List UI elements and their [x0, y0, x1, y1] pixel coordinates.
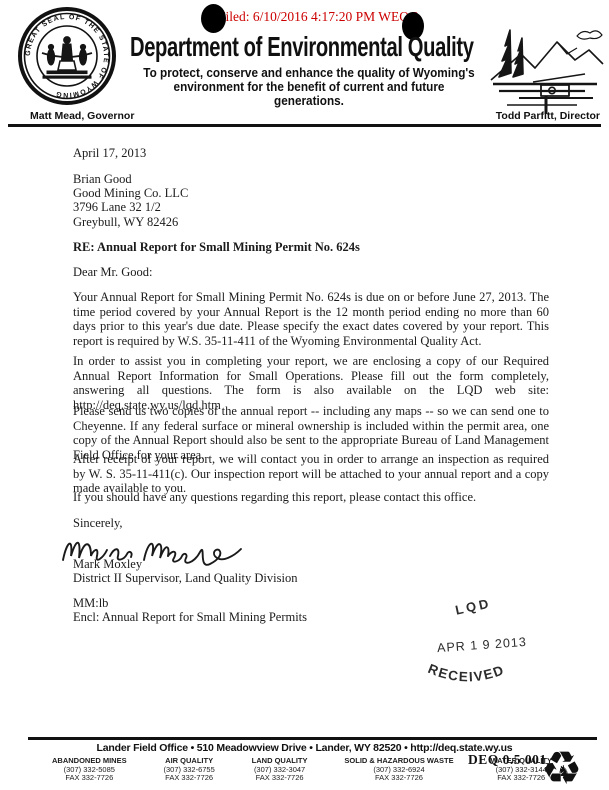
footer-divider — [28, 737, 597, 740]
signer-title: District II Supervisor, Land Quality Div… — [73, 571, 549, 586]
bates-number-stamp: DEQ 0.5 001 — [468, 752, 547, 768]
dept-fax: FAX 332-7726 — [252, 774, 308, 783]
recycle-horse-logo: ♻ ♞ — [541, 750, 589, 790]
wyoming-state-seal-icon: GREAT SEAL OF THE STATE OF WYOMING — [16, 5, 118, 107]
mountain-scene-illustration — [489, 24, 605, 118]
received-date-stamp: APR 1 9 2013 — [437, 635, 528, 655]
recipient-city: Greybull, WY 82426 — [73, 215, 549, 229]
subject-line: RE: Annual Report for Small Mining Permi… — [73, 240, 549, 255]
bucking-horse-icon: ♞ — [557, 762, 570, 781]
director-name: Todd Parfitt, Director — [496, 110, 600, 122]
dept-abandoned-mines: ABANDONED MINES (307) 332-5085 FAX 332-7… — [52, 757, 127, 783]
tagline-line-1: To protect, conserve and enhance the qua… — [139, 66, 479, 80]
agency-tagline: To protect, conserve and enhance the qua… — [139, 66, 479, 108]
tagline-line-2: environment for the benefit of current a… — [139, 80, 479, 108]
dept-fax: FAX 332-7726 — [52, 774, 127, 783]
dept-fax: FAX 332-7726 — [163, 774, 214, 783]
dept-land-quality: LAND QUALITY (307) 332-3047 FAX 332-7726 — [252, 757, 308, 783]
recipient-street: 3796 Lane 32 1/2 — [73, 200, 549, 214]
dept-fax: FAX 332-7726 — [344, 774, 453, 783]
recipient-name: Brian Good — [73, 172, 549, 186]
filed-stamp: Filed: 6/10/2016 4:17:20 PM WEQC — [218, 9, 418, 25]
dept-solid-hazardous-waste: SOLID & HAZARDOUS WASTE (307) 332-6924 F… — [344, 757, 453, 783]
received-stamp-text: RECEIVED — [426, 661, 507, 684]
paragraph-5: If you should have any questions regardi… — [73, 490, 549, 505]
dept-air-quality: AIR QUALITY (307) 332-6755 FAX 332-7726 — [163, 757, 214, 783]
paragraph-1: Your Annual Report for Small Mining Perm… — [73, 290, 549, 348]
governor-name: Matt Mead, Governor — [30, 110, 134, 122]
svg-text:RECEIVED: RECEIVED — [426, 661, 507, 684]
signer-name: Mark Moxley — [73, 557, 549, 572]
hole-punch-mark-left — [201, 4, 226, 33]
recipient-company: Good Mining Co. LLC — [73, 186, 549, 200]
salutation: Dear Mr. Good: — [73, 265, 549, 280]
scanned-letter-page: Filed: 6/10/2016 4:17:20 PM WEQC GREAT S… — [0, 0, 609, 790]
received-stamp: RECEIVED — [423, 660, 527, 698]
agency-title: Department of Environmental Quality — [130, 31, 474, 63]
recipient-address-block: Brian Good Good Mining Co. LLC 3796 Lane… — [73, 172, 549, 229]
header-divider — [8, 124, 601, 127]
letter-date: April 17, 2013 — [73, 146, 549, 161]
